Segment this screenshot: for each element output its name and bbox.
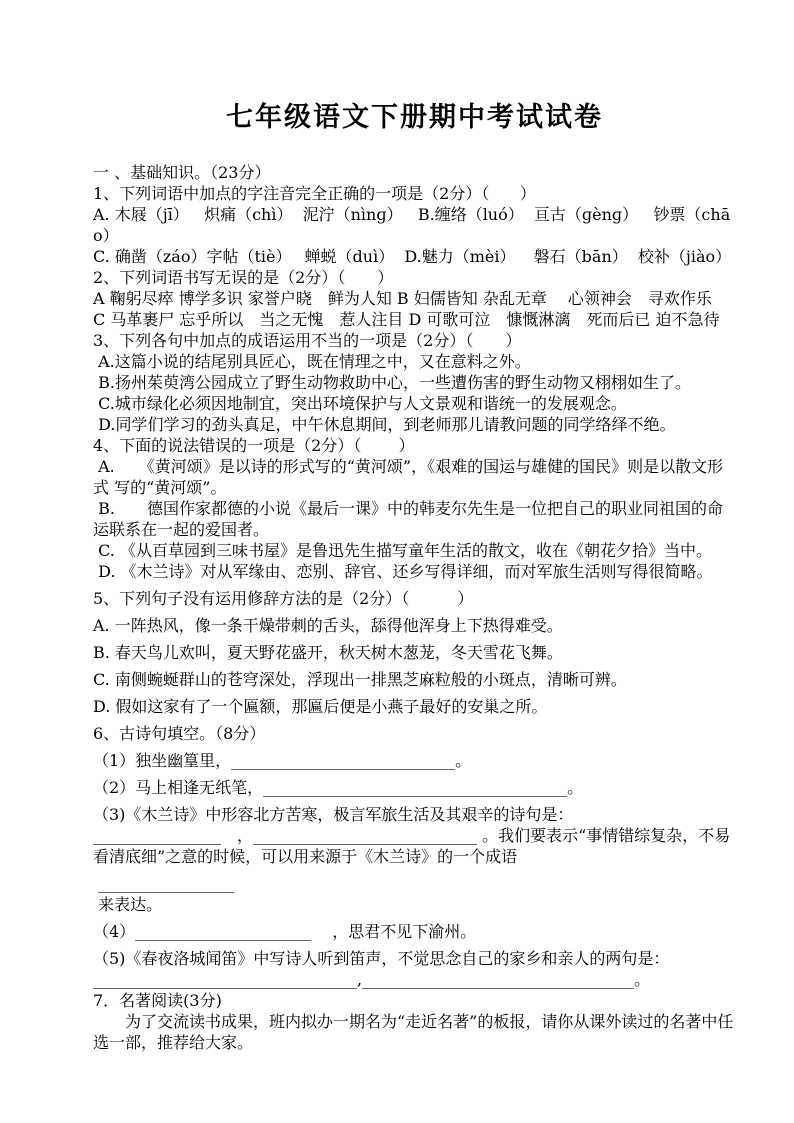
q4-option-c: C. 《从百草园到三味书屋》是鲁迅先生描写童年生活的散文，收在《朝花夕拾》当中。 — [93, 540, 736, 561]
q3-option-d: D.同学们学习的劲头真足，中午休息期间，到老师那儿请教问题的同学络绎不绝。 — [93, 414, 736, 435]
q1-options-cd: C. 确凿（záo）字帖（tiè） 蝉蜕（duì） D.魅力（mèi） 磐石（b… — [93, 246, 736, 267]
q6-blank-4: （4）______________________ ，思君不见下渝州。 — [93, 921, 736, 942]
q7-body: 为了交流读书成果，班内拟办一期名为“走近名著”的板报，请你从课外读过的名著中任选… — [93, 1011, 736, 1053]
q6-blank-1: （1）独坐幽篁里，____________________________。 — [93, 750, 736, 771]
q5-option-b: B. 春天鸟儿欢叫，夏天野花盛开，秋天树木葱茏，冬天雪花飞舞。 — [93, 642, 736, 663]
q6-blank-3-lines: ________________ ，______________________… — [93, 825, 736, 867]
q5-option-c: C. 南侧蜿蜒群山的苍穹深处，浮现出一排黑芝麻粒般的小斑点，清晰可辨。 — [93, 669, 736, 690]
question-1: 1、下列词语中加点的字注音完全正确的一项是（2分）（ ） — [93, 183, 736, 204]
q3-option-b: B.扬州茱萸湾公园成立了野生动物救助中心，一些遭伤害的野生动物又栩栩如生了。 — [93, 372, 736, 393]
q6-blank-3-idiom-line: _________________ — [93, 873, 736, 894]
q4-option-b: B. 德国作家都德的小说《最后一课》中的韩麦尔先生是一位把自己的职业同祖国的命运… — [93, 498, 736, 540]
q1-options-ab: A. 木屐（jī） 炽痛（chì） 泥泞（nìnɡ） B.缠络（luó） 亘古（… — [93, 204, 736, 225]
q6-blank-5-lines: _________________________________,______… — [93, 969, 736, 990]
q6-blank-5-prompt: （5)《春夜洛城闻笛》中写诗人听到笛声，不觉思念自己的家乡和亲人的两句是： — [93, 948, 736, 969]
q6-blank-3-suffix: 来表达。 — [93, 894, 736, 915]
section-1-heading: 一 、基础知识。（23分） — [93, 162, 736, 183]
question-7: 7．名著阅读(3分) — [93, 990, 736, 1011]
q1-options-ab-wrap: o） — [93, 225, 736, 246]
q2-options-ab: A 鞠躬尽瘁 博学多识 家誉户晓 鲜为人知 B 妇儒皆知 杂乱无章 心领神会 寻… — [93, 288, 736, 309]
question-4: 4、下面的说法错误的一项是（2分）（ ） — [93, 435, 736, 456]
q5-option-a: A. 一阵热风，像一条干燥带刺的舌头，舔得他浑身上下热得难受。 — [93, 615, 736, 636]
q3-option-a: A.这篇小说的结尾别具匠心，既在情理之中，又在意料之外。 — [93, 351, 736, 372]
page-title: 七年级语文下册期中考试试卷 — [93, 100, 736, 136]
question-2: 2、下列词语书写无误的是（2分）（ ） — [93, 267, 736, 288]
q4-option-a: A. 《黄河颂》是以诗的形式写的“黄河颂”，《艰难的国运与雄健的国民》则是以散文… — [93, 456, 736, 498]
question-3: 3、下列各句中加点的成语运用不当的一项是（2分）（ ） — [93, 330, 736, 351]
question-6: 6、古诗句填空。（8分） — [93, 723, 736, 744]
exam-page: 七年级语文下册期中考试试卷 一 、基础知识。（23分）1、下列词语中加点的字注音… — [0, 0, 794, 1123]
q6-blank-2: （2）马上相逢无纸笔，_____________________________… — [93, 777, 736, 798]
q5-option-d: D. 假如这家有了一个匾额，那匾后便是小燕子最好的安巢之所。 — [93, 696, 736, 717]
q6-blank-3-prompt: （3)《木兰诗》中形容北方苦寒，极言军旅生活及其艰辛的诗句是： — [93, 804, 736, 825]
q3-option-c: C.城市绿化必须因地制宜，突出环境保护与人文景观和谐统一的发展观念。 — [93, 393, 736, 414]
document-body: 一 、基础知识。（23分）1、下列词语中加点的字注音完全正确的一项是（2分）（ … — [93, 162, 736, 1053]
q4-option-d: D. 《木兰诗》对从军缘由、恋别、辞官、还乡写得详细，而对军旅生活则写得很简略。 — [93, 561, 736, 582]
q2-options-cd: C 马革裹尸 忘乎所以 当之无愧 惹人注目 D 可歌可泣 慷慨淋漓 死而后已 迫… — [93, 309, 736, 330]
question-5: 5、下列句子没有运用修辞方法的是（2分）（ ） — [93, 588, 736, 609]
